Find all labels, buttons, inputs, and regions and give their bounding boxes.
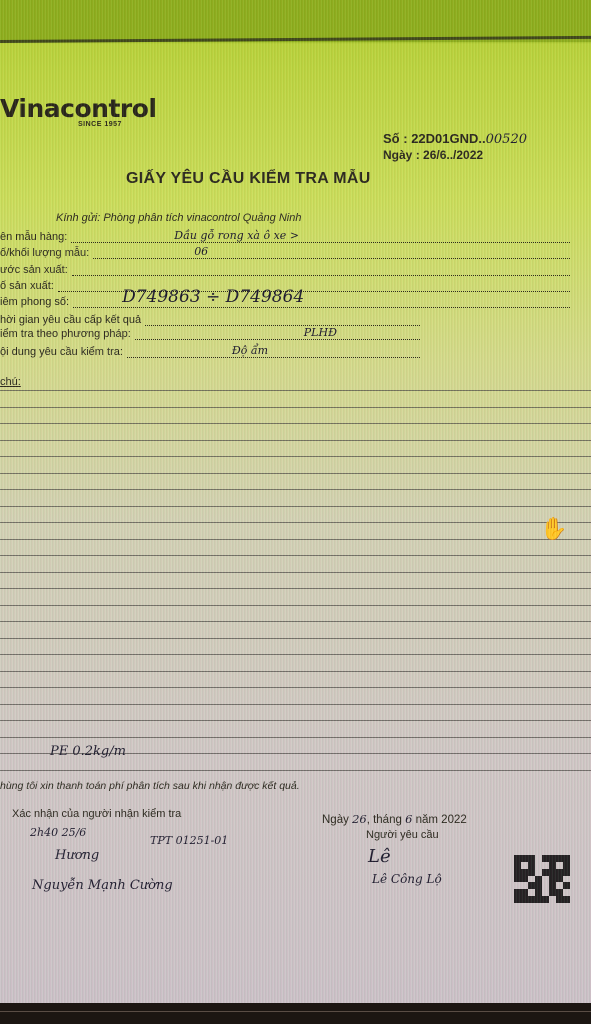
receiver-name: Nguyễn Mạnh Cường [32, 878, 173, 893]
field-label: iêm phong số: [0, 296, 69, 308]
note-handwritten: PE 0.2kg/m [50, 744, 126, 759]
ruled-line [0, 588, 591, 589]
sign-date-prefix: Ngày [322, 814, 349, 826]
number-handwritten: 00520 [486, 132, 527, 147]
notes-label: chú: [0, 376, 21, 388]
ruled-line [0, 522, 591, 523]
ruled-line [0, 770, 591, 771]
ruled-line [0, 390, 591, 391]
number-label: Số [383, 131, 400, 146]
ruled-line [0, 489, 591, 490]
ruled-line [0, 704, 591, 705]
ruled-line [0, 720, 591, 721]
requester-label: Người yêu cầu [366, 829, 439, 841]
field-value-line: Dầu gỗ rong xà ô xe > [71, 231, 570, 243]
date-value: : 26/6../2022 [416, 148, 483, 162]
field-value-line: PLHĐ [135, 328, 420, 340]
receiver-code: TPT 01251-01 [150, 834, 228, 847]
field-value: PLHĐ [304, 326, 337, 339]
field-value-line: Độ ẩm [127, 346, 420, 358]
ruled-line [0, 407, 591, 408]
field-label: ội dung yêu cầu kiểm tra: [0, 346, 123, 358]
ruled-line [0, 638, 591, 639]
number-printed: : 22D01GND.. [403, 131, 485, 146]
field-label: ước sản xuất: [0, 264, 68, 276]
receiver-signature: Hương [55, 848, 99, 863]
ruled-line [0, 687, 591, 688]
company-tagline: SINCE 1957 [78, 121, 122, 128]
field-row: hời gian yêu cầu cấp kết quả [0, 311, 420, 326]
ruled-line [0, 605, 591, 606]
field-row: ội dung yêu cầu kiểm tra:Độ ẩm [0, 343, 420, 358]
field-row: ố/khối lượng mẫu:06 [0, 244, 570, 259]
field-value-line: D749863 ÷ D749864 [73, 296, 570, 308]
field-label: ố/khối lượng mẫu: [0, 247, 89, 259]
recipient: Kính gửi: Phòng phân tích vinacontrol Qu… [56, 212, 301, 224]
requester-name: Lê Công Lộ [372, 872, 442, 886]
sign-date: Ngày 26, tháng 6 năm 2022 [322, 812, 467, 826]
sign-month: 6 [405, 812, 412, 826]
payment-statement: hùng tôi xin thanh toán phí phân tích sa… [0, 780, 300, 792]
sign-month-label: , tháng [367, 814, 402, 826]
ruled-line [0, 473, 591, 474]
ruled-line [0, 555, 591, 556]
receiver-confirmation-label: Xác nhận của người nhận kiểm tra [12, 808, 181, 820]
sign-year-label: năm 2022 [416, 814, 467, 826]
ruled-line [0, 506, 591, 507]
field-value: Dầu gỗ rong xà ô xe > [174, 229, 299, 242]
qr-code-icon [514, 855, 570, 903]
ruled-line [0, 737, 591, 738]
receiver-time: 2h40 25/6 [30, 826, 86, 839]
field-value: 06 [194, 245, 208, 258]
page-title: GIẤY YÊU CẦU KIỂM TRA MẪU [126, 170, 371, 188]
ruled-line [0, 621, 591, 622]
field-row: iểm tra theo phương pháp:PLHĐ [0, 325, 420, 340]
screen-bezel-bottom [0, 1003, 591, 1024]
sign-day: 26 [352, 812, 367, 826]
field-row: iêm phong số:D749863 ÷ D749864 [0, 293, 570, 308]
field-label: ên mẫu hàng: [0, 231, 67, 243]
field-label: ố sản xuất: [0, 280, 54, 292]
ruled-line [0, 539, 591, 540]
field-row: ước sản xuất: [0, 261, 570, 276]
company-logo: Vinacontrol [0, 94, 156, 123]
field-value: Độ ẩm [232, 344, 268, 357]
ruled-line [0, 654, 591, 655]
field-value-line [72, 264, 570, 276]
document-number: Số : 22D01GND..00520 [383, 131, 527, 147]
field-label: iểm tra theo phương pháp: [0, 328, 131, 340]
field-row: ên mẫu hàng:Dầu gỗ rong xà ô xe > [0, 228, 570, 243]
document-date: Ngày : 26/6../2022 [383, 148, 483, 162]
hand-cursor-icon: ✋ [540, 516, 567, 542]
field-value-line: 06 [93, 247, 570, 259]
ruled-line [0, 572, 591, 573]
date-label: Ngày [383, 148, 412, 162]
field-value: D749863 ÷ D749864 [122, 287, 304, 307]
ruled-line [0, 423, 591, 424]
ruled-line [0, 440, 591, 441]
ruled-line [0, 671, 591, 672]
ruled-line [0, 456, 591, 457]
requester-signature: Lê [368, 846, 391, 867]
